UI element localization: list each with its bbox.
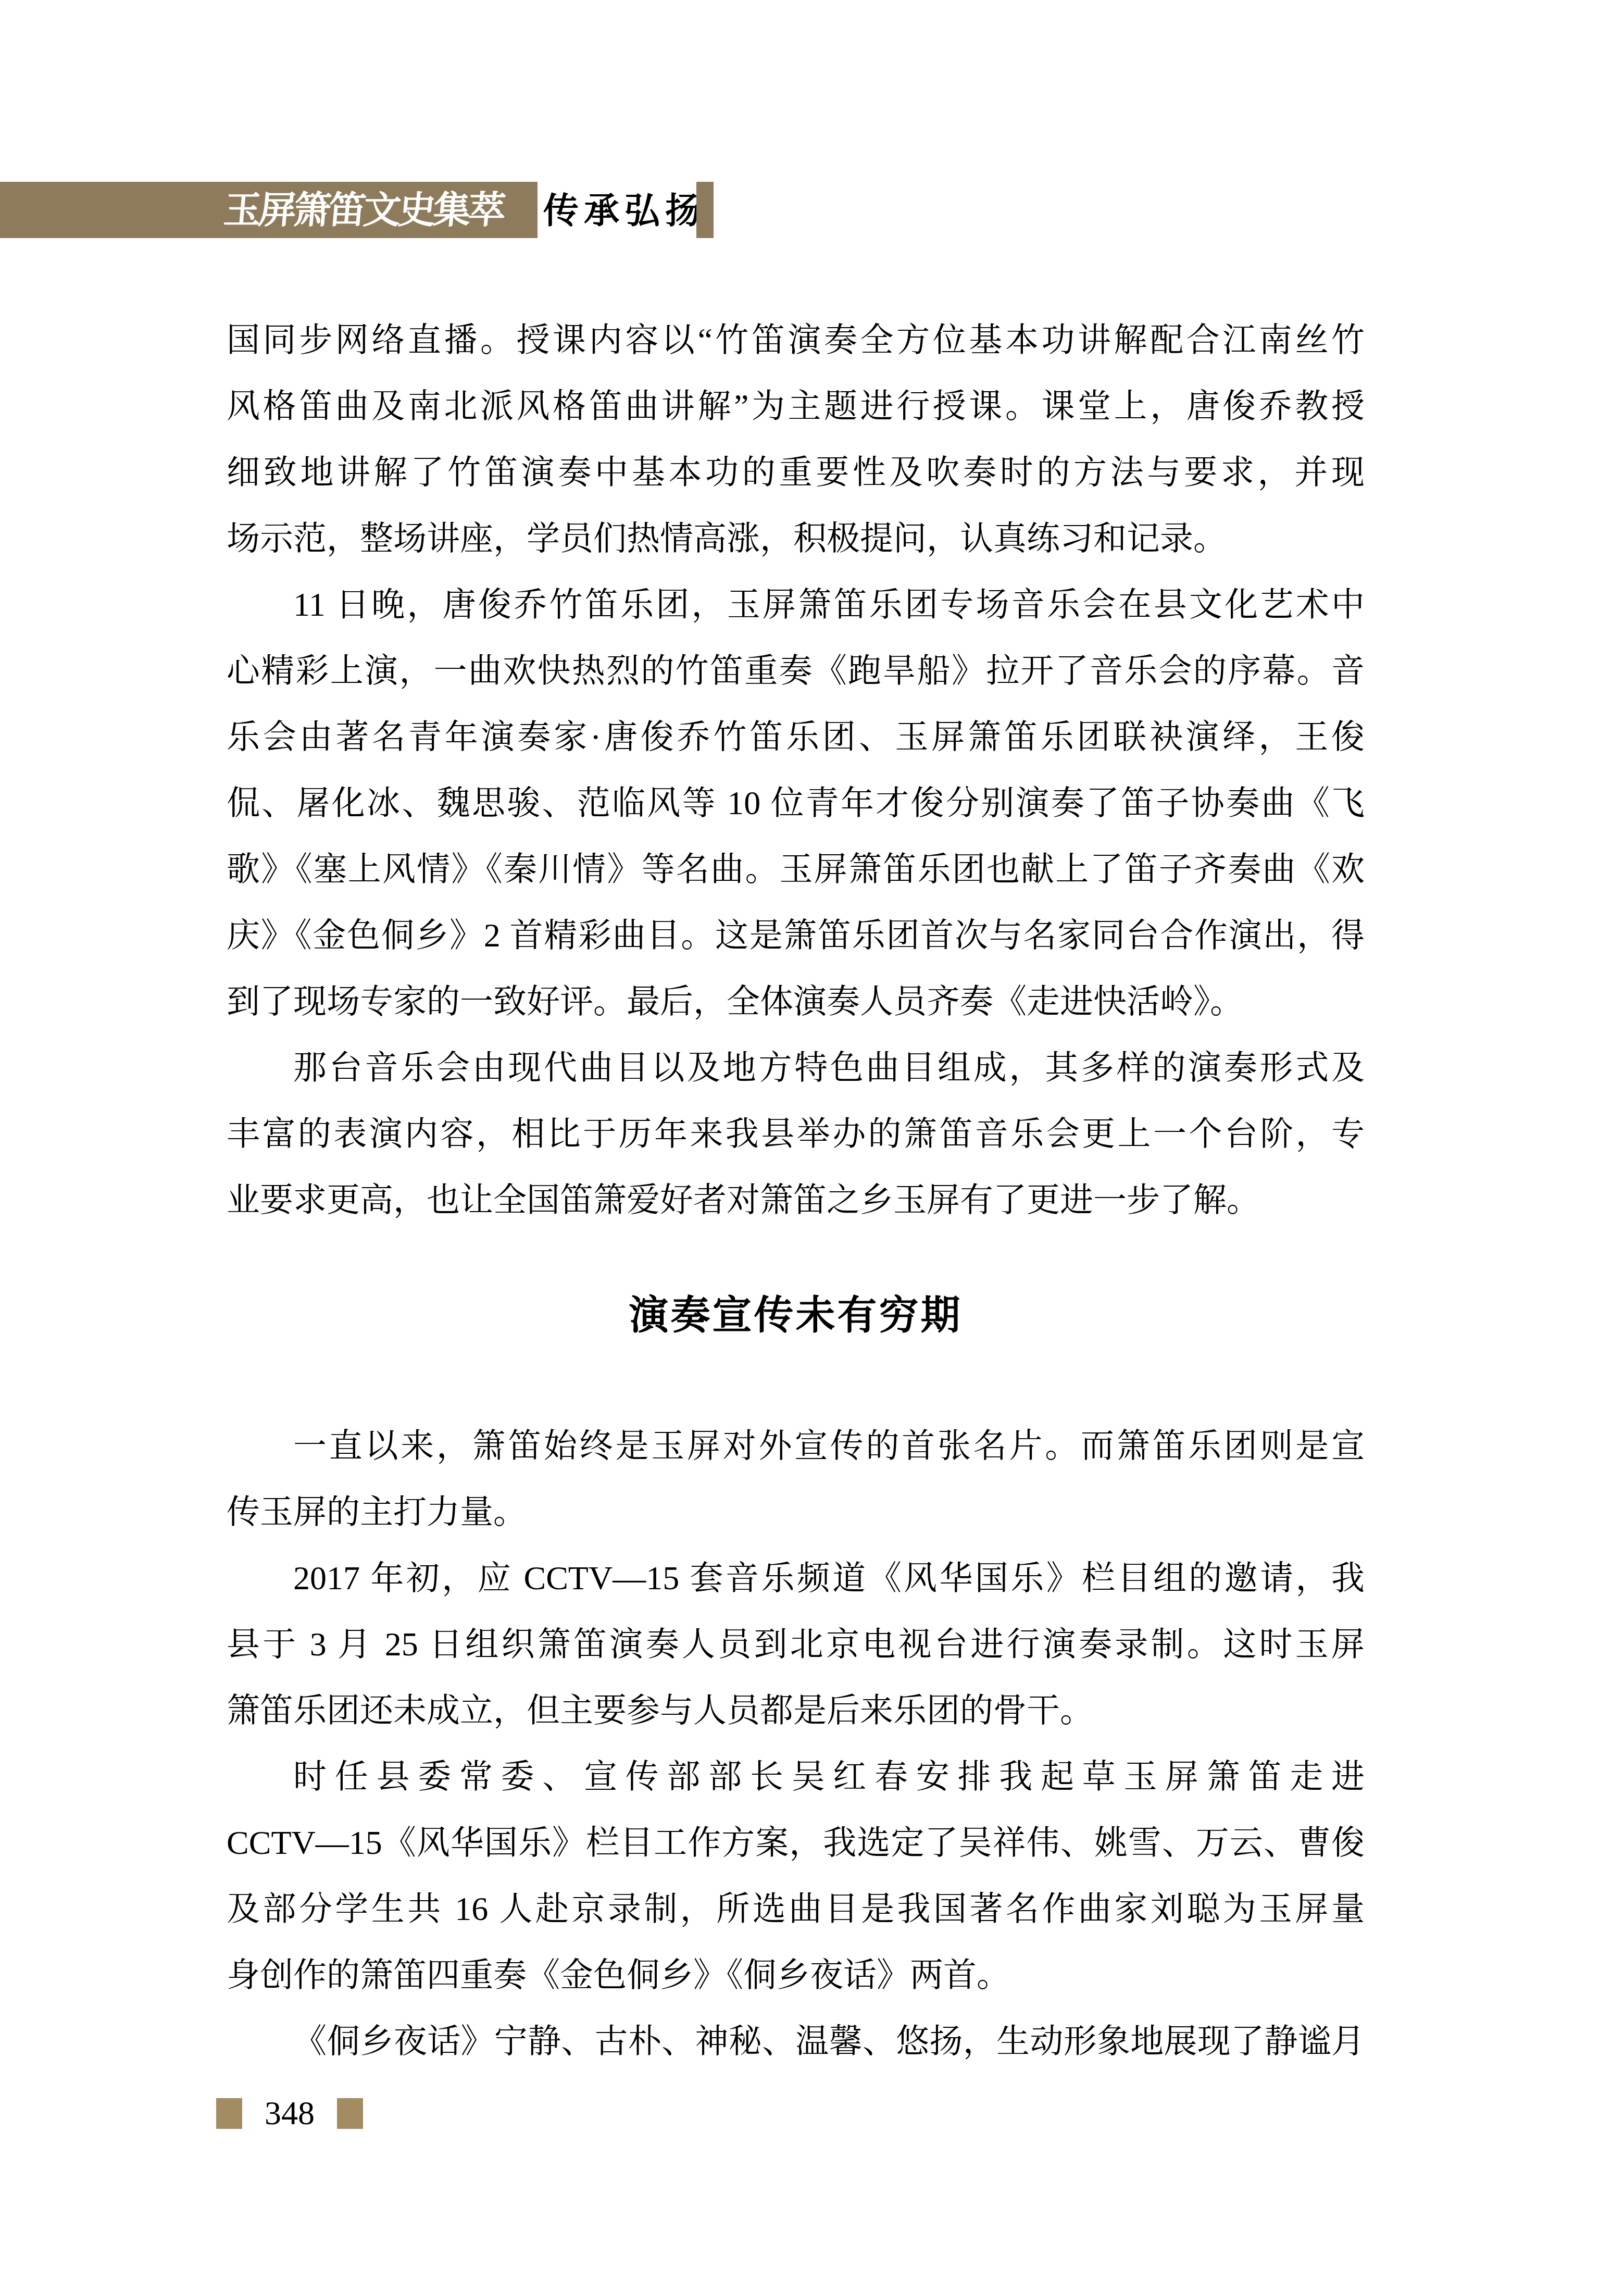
body-line: 场示范，整场讲座，学员们热情高涨，积极提问，认真练习和记录。 [227,505,1365,571]
body-line: 业要求更高，也让全国笛箫爱好者对箫笛之乡玉屏有了更进一步了解。 [227,1167,1365,1233]
header-section-label: 传承弘扬 [543,182,706,238]
header-band: 玉屏箫笛文史集萃 [0,182,538,238]
paragraph: 国同步网络直播。授课内容以“竹笛演奏全方位基本功讲解配合江南丝竹风格笛曲及南北派… [227,307,1365,571]
paragraph: 时任县委常委、宣传部部长吴红春安排我起草玉屏箫笛走进CCTV—15《风华国乐》栏… [227,1743,1365,2008]
body-text: 国同步网络直播。授课内容以“竹笛演奏全方位基本功讲解配合江南丝竹风格笛曲及南北派… [227,307,1365,2074]
body-line: 一直以来，箫笛始终是玉屏对外宣传的首张名片。而箫笛乐团则是宣 [227,1413,1365,1479]
section-heading: 演奏宣传未有穷期 [227,1283,1365,1349]
body-line: 到了现场专家的一致好评。最后，全体演奏人员齐奏《走进快活岭》。 [227,968,1365,1034]
body-line: 心精彩上演，一曲欢快热烈的竹笛重奏《跑旱船》拉开了音乐会的序幕。音 [227,638,1365,704]
footer-left-mark [216,2098,242,2129]
body-line: 及部分学生共 16 人赴京录制，所选曲目是我国著名作曲家刘聪为玉屏量 [227,1876,1365,1942]
paragraph: 2017 年初，应 CCTV—15 套音乐频道《风华国乐》栏目组的邀请，我县于 … [227,1545,1365,1743]
paragraph: 一直以来，箫笛始终是玉屏对外宣传的首张名片。而箫笛乐团则是宣传玉屏的主打力量。 [227,1413,1365,1545]
body-line: 风格笛曲及南北派风格笛曲讲解”为主题进行授课。课堂上，唐俊乔教授 [227,373,1365,439]
paragraph: 《侗乡夜话》宁静、古朴、神秘、温馨、悠扬，生动形象地展现了静谧月夜 [227,2008,1365,2074]
body-line: 县于 3 月 25 日组织箫笛演奏人员到北京电视台进行演奏录制。这时玉屏 [227,1611,1365,1677]
body-line: 细致地讲解了竹笛演奏中基本功的重要性及吹奏时的方法与要求，并现 [227,439,1365,505]
body-line: 侃、屠化冰、魏思骏、范临风等 10 位青年才俊分别演奏了笛子协奏曲《飞 [227,770,1365,836]
footer: 348 [216,2095,363,2131]
body-line: 11 日晚，唐俊乔竹笛乐团，玉屏箫笛乐团专场音乐会在县文化艺术中 [227,571,1365,638]
footer-right-mark [337,2098,363,2129]
body-line: 庆》《金色侗乡》2 首精彩曲目。这是箫笛乐团首次与名家同台合作演出，得 [227,902,1365,968]
paragraph: 那台音乐会由现代曲目以及地方特色曲目组成，其多样的演奏形式及丰富的表演内容，相比… [227,1034,1365,1233]
body-line: 身创作的箫笛四重奏《金色侗乡》《侗乡夜话》两首。 [227,1942,1365,2008]
body-line: 丰富的表演内容，相比于历年来我县举办的箫笛音乐会更上一个台阶，专 [227,1101,1365,1167]
body-line: 国同步网络直播。授课内容以“竹笛演奏全方位基本功讲解配合江南丝竹 [227,307,1365,373]
banner-calligraphy: 玉屏箫笛文史集萃 [221,182,505,238]
body-line: 歌》《塞上风情》《秦川情》等名曲。玉屏箫笛乐团也献上了笛子齐奏曲《欢 [227,836,1365,902]
header-accent-bar [696,182,714,238]
body-line: 传玉屏的主打力量。 [227,1479,1365,1545]
body-line: 时任县委常委、宣传部部长吴红春安排我起草玉屏箫笛走进 [227,1743,1365,1810]
body-line: CCTV—15《风华国乐》栏目工作方案，我选定了吴祥伟、姚雪、万云、曹俊 [227,1810,1365,1876]
body-line: 《侗乡夜话》宁静、古朴、神秘、温馨、悠扬，生动形象地展现了静谧月夜 [227,2008,1365,2074]
paragraph: 11 日晚，唐俊乔竹笛乐团，玉屏箫笛乐团专场音乐会在县文化艺术中心精彩上演，一曲… [227,571,1365,1034]
body-line: 乐会由著名青年演奏家·唐俊乔竹笛乐团、玉屏箫笛乐团联袂演绎，王俊 [227,704,1365,770]
body-line: 那台音乐会由现代曲目以及地方特色曲目组成，其多样的演奏形式及 [227,1034,1365,1101]
body-line: 2017 年初，应 CCTV—15 套音乐频道《风华国乐》栏目组的邀请，我 [227,1545,1365,1611]
page-number: 348 [265,2095,315,2131]
body-line: 箫笛乐团还未成立，但主要参与人员都是后来乐团的骨干。 [227,1677,1365,1743]
